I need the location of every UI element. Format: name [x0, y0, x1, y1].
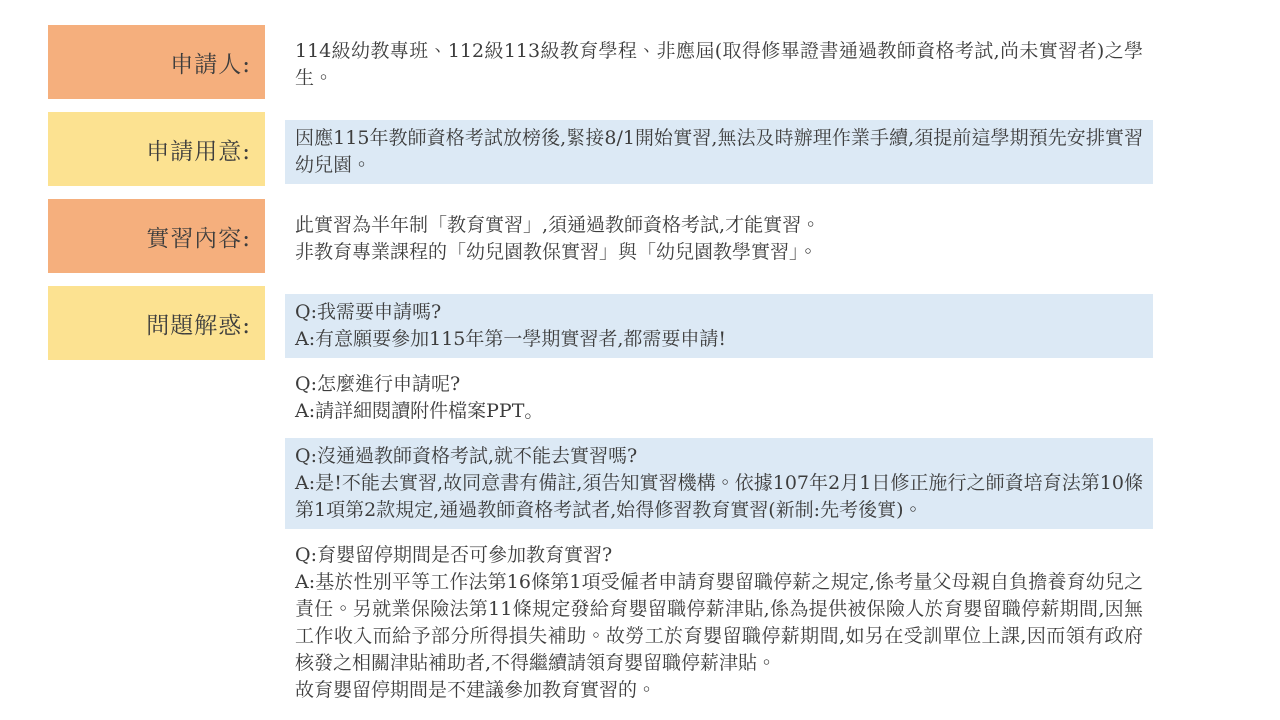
faq-qa-block-3: Q:沒通過教師資格考試,就不能去實習嗎? A:是!不能去實習,故同意書有備註,須…	[285, 438, 1153, 529]
faq-document: 申請人: 114級幼教專班、112級113級教育學程、非應屆(取得修畢證書通過教…	[0, 0, 1280, 720]
faq-qa-block-1: Q:我需要申請嗎? A:有意願要參加115年第一學期實習者,都需要申請!	[285, 294, 1153, 358]
faq-content: Q:我需要申請嗎? A:有意願要參加115年第一學期實習者,都需要申請! Q:怎…	[285, 286, 1153, 709]
faq-label: 問題解惑:	[48, 286, 265, 360]
row-faq: 問題解惑: Q:我需要申請嗎? A:有意願要參加115年第一學期實習者,都需要申…	[48, 286, 1280, 709]
row-internship-content: 實習內容: 此實習為半年制「教育實習」,須通過教師資格考試,才能實習。 非教育專…	[48, 199, 1280, 273]
applicant-content: 114級幼教專班、112級113級教育學程、非應屆(取得修畢證書通過教師資格考試…	[285, 25, 1153, 97]
row-applicant: 申請人: 114級幼教專班、112級113級教育學程、非應屆(取得修畢證書通過教…	[48, 25, 1280, 99]
internship-content-content: 此實習為半年制「教育實習」,須通過教師資格考試,才能實習。 非教育專業課程的「幼…	[285, 199, 1153, 271]
purpose-label: 申請用意:	[48, 112, 265, 186]
row-purpose: 申請用意: 因應115年教師資格考試放榜後,緊接8/1開始實習,無法及時辦理作業…	[48, 112, 1280, 186]
internship-content-label: 實習內容:	[48, 199, 265, 273]
faq-qa-block-2: Q:怎麼進行申請呢? A:請詳細閱讀附件檔案PPT。	[285, 366, 1153, 430]
faq-qa-block-4: Q:育嬰留停期間是否可參加教育實習? A:基於性別平等工作法第16條第1項受僱者…	[285, 537, 1153, 709]
internship-content-text-block: 此實習為半年制「教育實習」,須通過教師資格考試,才能實習。 非教育專業課程的「幼…	[285, 207, 1153, 271]
purpose-text-block: 因應115年教師資格考試放榜後,緊接8/1開始實習,無法及時辦理作業手續,須提前…	[285, 120, 1153, 184]
applicant-text-block: 114級幼教專班、112級113級教育學程、非應屆(取得修畢證書通過教師資格考試…	[285, 33, 1153, 97]
purpose-content: 因應115年教師資格考試放榜後,緊接8/1開始實習,無法及時辦理作業手續,須提前…	[285, 112, 1153, 184]
applicant-label: 申請人:	[48, 25, 265, 99]
